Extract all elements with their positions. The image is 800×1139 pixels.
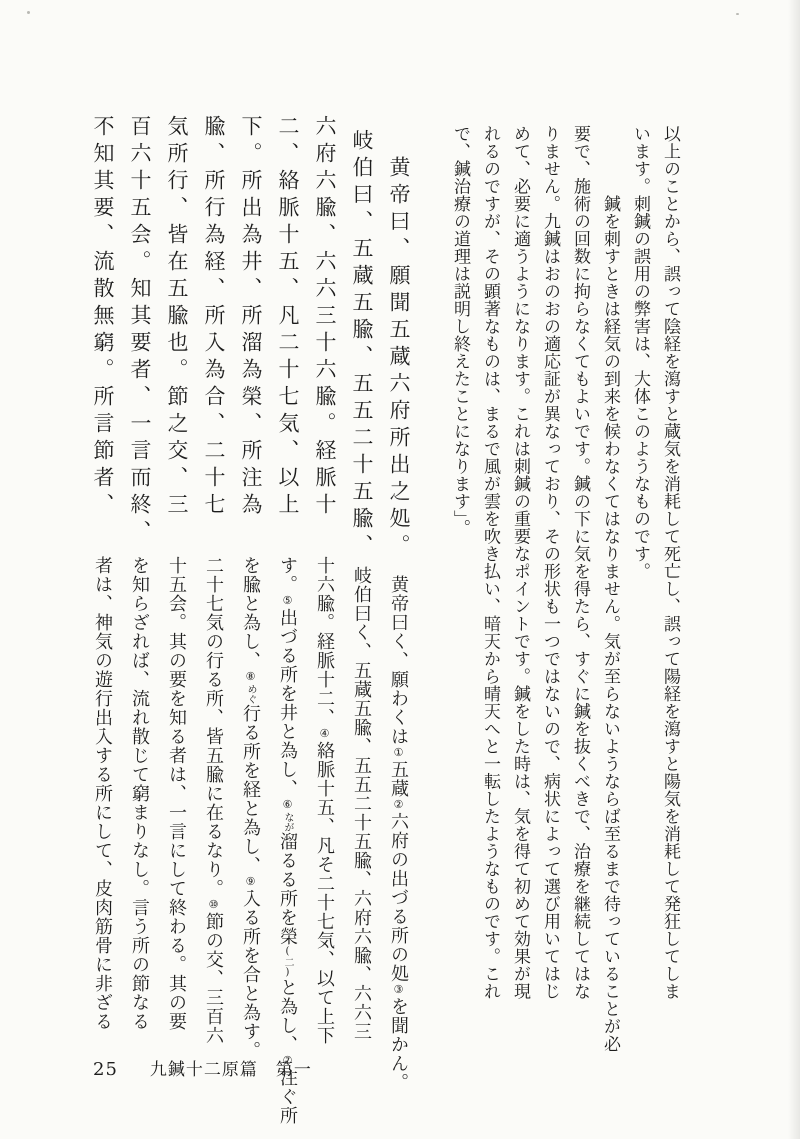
classical-text-section: 黄帝曰、願聞五蔵六府所出之処。岐伯曰、五蔵五腧、五五二十五腧、六府六腧、六六三十… bbox=[82, 115, 417, 590]
text-column: 岐伯曰、五蔵五腧、五五二十五腧、 bbox=[343, 115, 380, 590]
text-column: を知らざれば、流れ散じて窮まりなし。言う所の節なる bbox=[121, 556, 158, 1056]
chapter-title: 九鍼十二原篇 第一 bbox=[150, 1055, 312, 1080]
text-column: 百六十五会。知其要者、一言而終、 bbox=[121, 115, 158, 590]
scan-edge-artifact bbox=[788, 0, 800, 1139]
furigana: めぐ bbox=[245, 684, 256, 704]
text-column: 以上のことから、誤って陰経を瀉すと蔵気を消耗して死亡し、誤って陽経を瀉すと陽気を… bbox=[655, 125, 685, 1070]
note-marker: ① bbox=[392, 746, 405, 760]
note-marker: ⑥ bbox=[281, 798, 294, 812]
text-column: を腧と為し、⑧めぐ行る所を経と為し、⑨入る所を合と為す。 bbox=[232, 556, 269, 1056]
furigana: なが bbox=[282, 812, 293, 832]
note-marker: ⑩ bbox=[207, 898, 220, 912]
note-marker: ⑧ bbox=[244, 670, 257, 684]
text-column: 要で、施術の回数に拘らなくてもよいです。鍼の下に気を得たら、すぐに鍼を抜くべきで… bbox=[565, 125, 595, 1070]
text-column: います。刺鍼の誤用の弊害は、大体このようなものです。 bbox=[625, 125, 655, 1070]
book-page: 以上のことから、誤って陰経を瀉すと蔵気を消耗して死亡し、誤って陽経を瀉すと陽気を… bbox=[0, 0, 800, 1139]
text-column: 腧、所行為経、所入為合、二十七 bbox=[195, 115, 232, 590]
page-number: 25 bbox=[93, 1059, 118, 1080]
note-marker: ③ bbox=[392, 983, 405, 997]
scan-speck bbox=[27, 11, 30, 14]
page-footer: 25 九鍼十二原篇 第一 bbox=[93, 1055, 312, 1080]
text-column: で、鍼治療の道理は説明し終えたことになります」。 bbox=[445, 125, 475, 1070]
text-column: 十五会。其の要を知る者は、一言にして終わる。其の要 bbox=[158, 556, 195, 1056]
note-marker: ④ bbox=[318, 727, 331, 741]
reading-text-section: 黄帝曰く、願わくは①五蔵②六府の出づる所の処③を聞かん。岐伯曰く、五蔵五腧、五五… bbox=[82, 556, 417, 1056]
note-marker: ⑨ bbox=[244, 875, 257, 889]
note-marker: ⑤ bbox=[281, 594, 294, 608]
text-column: りません。九鍼はおのおの適応証が異なっており、その形状も一つではないので、病状に… bbox=[535, 125, 565, 1070]
text-column: 者は、神気の遊行出入する所にして、皮肉筋骨に非ざる bbox=[84, 556, 121, 1056]
text-column: 下。所出為井、所溜為榮、所注為 bbox=[232, 115, 269, 590]
text-column: 十六腧。経脈十二、④絡脈十五、凡そ二十七気、以て上下 bbox=[306, 556, 343, 1056]
text-column: 二十七気の行る所、皆五腧に在るなり。⑩節の交、三百六 bbox=[195, 556, 232, 1056]
text-column: 不知其要、流散無窮。所言節者、 bbox=[84, 115, 121, 590]
text-column: 黄帝曰、願聞五蔵六府所出之処。 bbox=[380, 115, 417, 590]
text-column: めて、必要に適うようになります。これは刺鍼の重要なポイントです。鍼をした時は、気… bbox=[505, 125, 535, 1070]
furigana: (二) bbox=[282, 946, 293, 978]
text-column: 六府六腧、六六三十六腧。経脈十 bbox=[306, 115, 343, 590]
commentary-section: 以上のことから、誤って陰経を瀉すと蔵気を消耗して死亡し、誤って陽経を瀉すと陽気を… bbox=[440, 125, 685, 1070]
text-column: 岐伯曰く、五蔵五腧、五五二十五腧、六府六腧、六六三 bbox=[343, 556, 380, 1056]
text-column: 黄帝曰く、願わくは①五蔵②六府の出づる所の処③を聞かん。 bbox=[380, 556, 417, 1056]
note-marker: ② bbox=[392, 798, 405, 812]
text-column: れるのですが、その顕著なものは、まるで風が雲を吹き払い、暗天から晴天へと一転した… bbox=[475, 125, 505, 1070]
scan-speck bbox=[736, 13, 739, 15]
text-column: 気所行、皆在五腧也。節之交、三 bbox=[158, 115, 195, 590]
text-column: す。⑤出づる所を井と為し、⑥なが溜るる所を榮(二)と為し、⑦注ぐ所 bbox=[269, 556, 306, 1056]
text-column: 鍼を刺すときは経気の到来を候わなくてはなりません。気が至らないようならば至るまで… bbox=[595, 125, 625, 1070]
text-column: 二、絡脈十五、凡二十七気、以上 bbox=[269, 115, 306, 590]
